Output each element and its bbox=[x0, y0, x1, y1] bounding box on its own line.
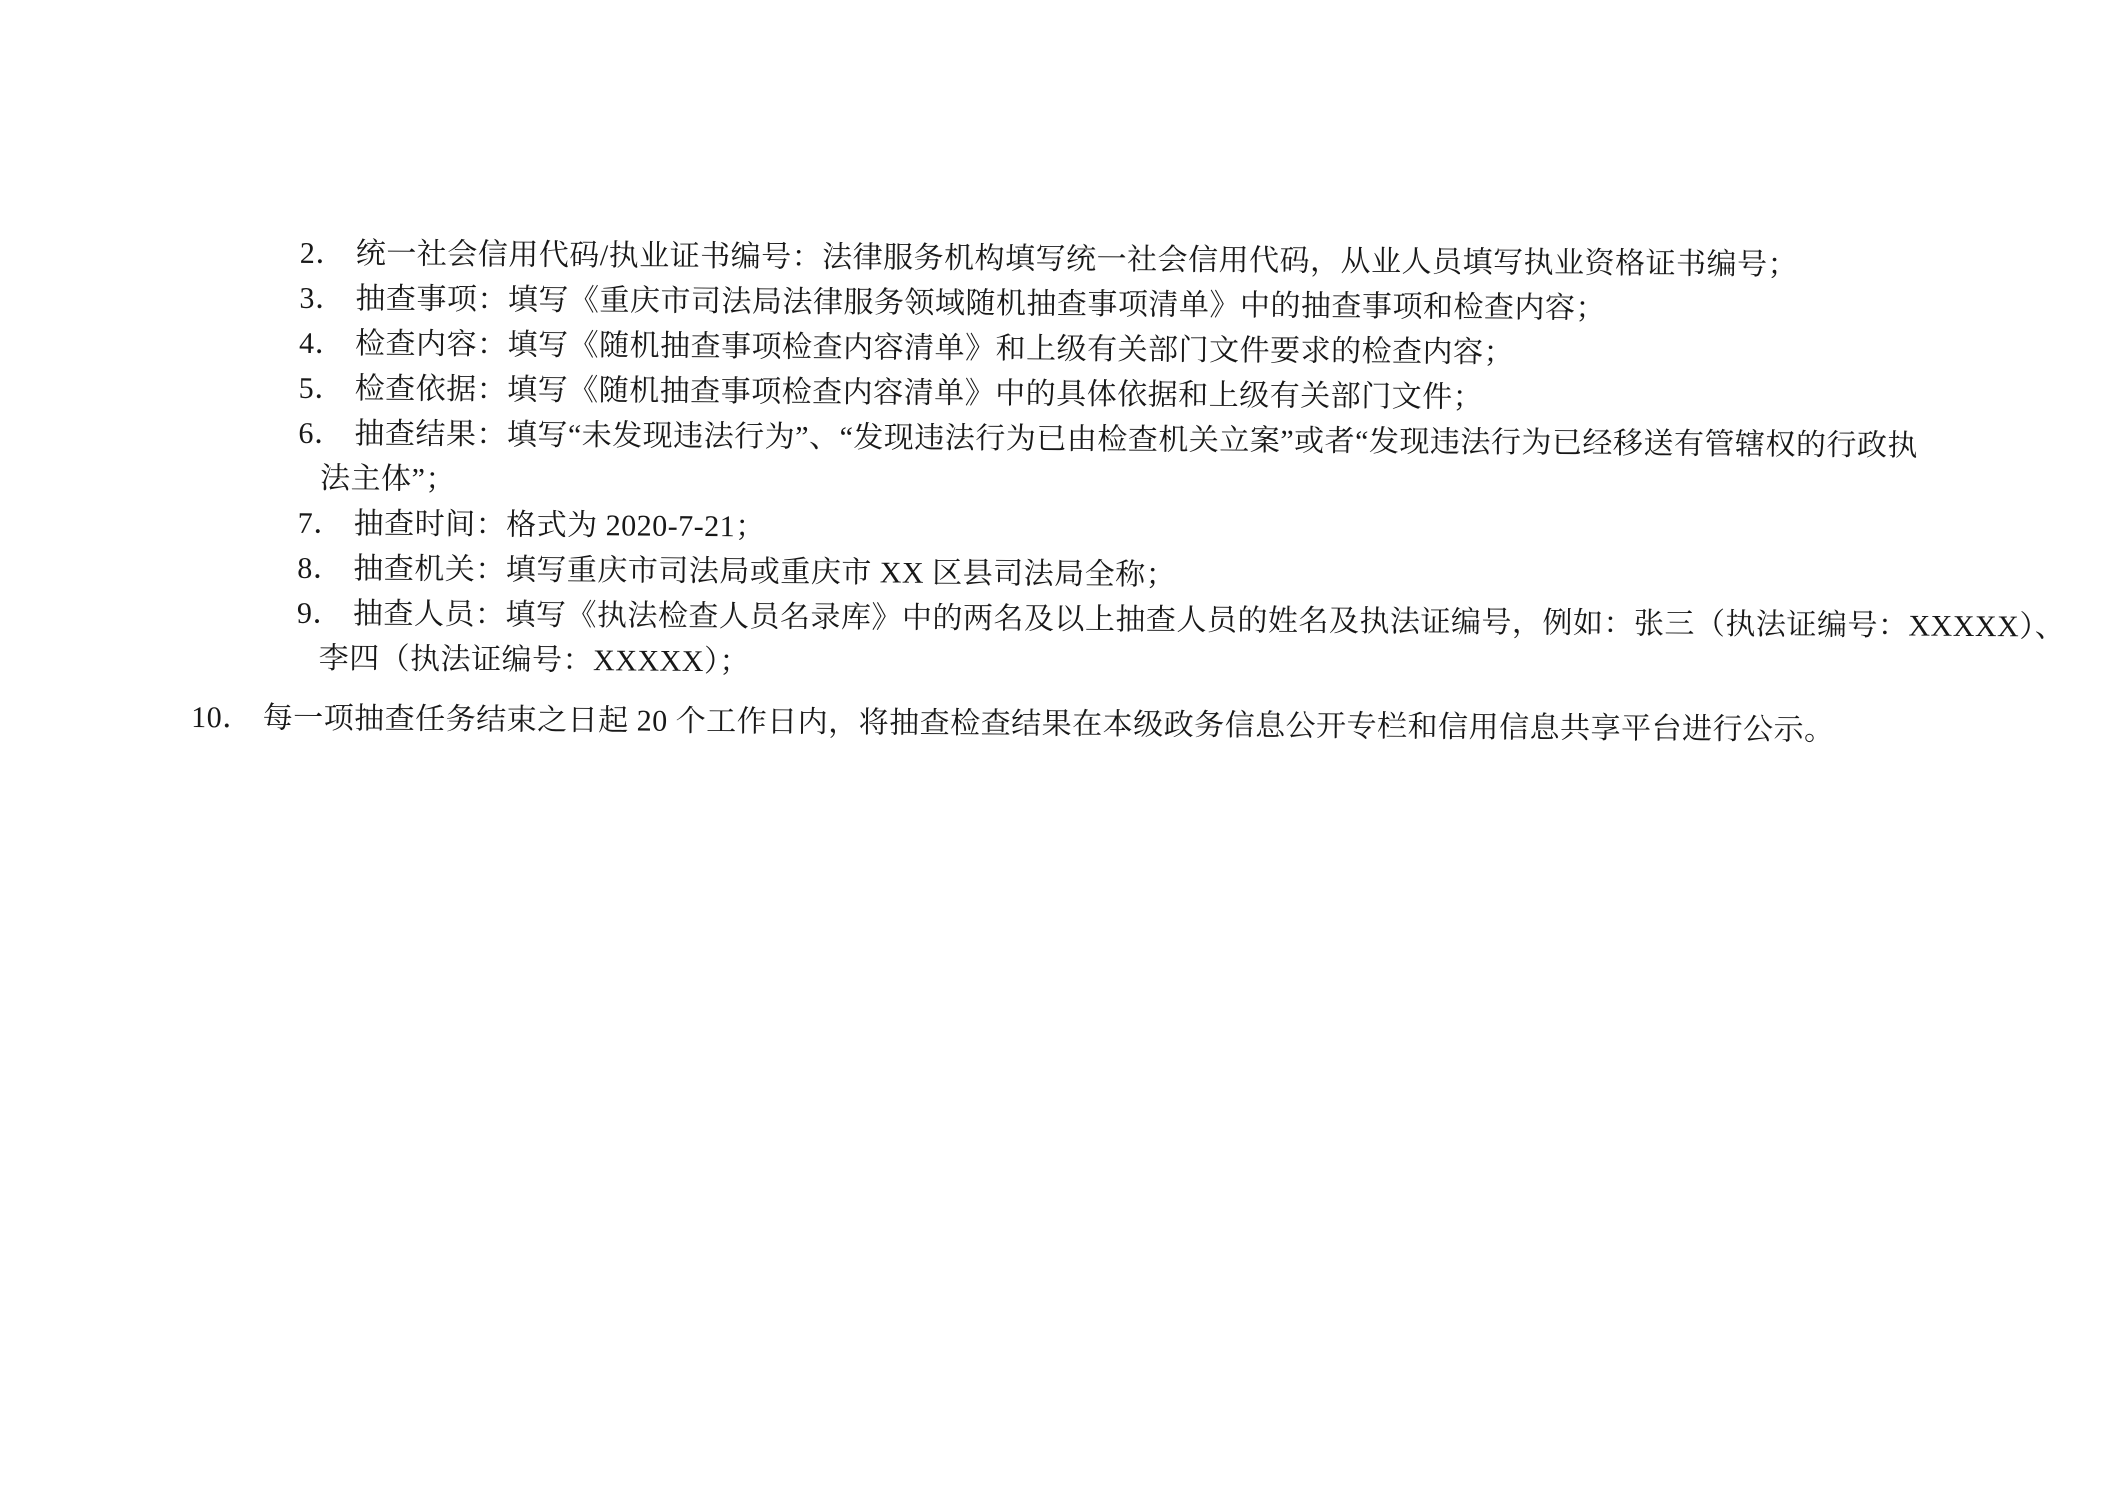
notes-list: 2．统一社会信用代码/执业证书编号：法律服务机构填写统一社会信用代码，从业人员填… bbox=[191, 230, 2065, 755]
item-number: 5． bbox=[299, 366, 345, 411]
item-text: 检查内容：填写《随机抽查事项检查内容清单》和上级有关部门文件要求的检查内容； bbox=[355, 327, 1514, 369]
item-number: 7． bbox=[298, 501, 344, 546]
item-text: 抽查事项：填写《重庆市司法局法律服务领域随机抽查事项清单》中的抽查事项和检查内容… bbox=[355, 282, 1606, 325]
item-number: 10． bbox=[191, 695, 253, 740]
item-text: 李四（执法证编号：XXXXX）； bbox=[319, 642, 751, 678]
document-page: 2．统一社会信用代码/执业证书编号：法律服务机构填写统一社会信用代码，从业人员填… bbox=[0, 0, 2105, 1487]
list-item-10: 10．每一项抽查任务结束之日起 20 个工作日内，将抽查检查结果在本级政务信息公… bbox=[191, 695, 2061, 755]
item-text: 抽查时间：格式为 2020-7-21； bbox=[354, 507, 766, 543]
item-number: 6． bbox=[298, 411, 344, 456]
item-text: 抽查结果：填写“未发现违法行为”、“发现违法行为已由检查机关立案”或者“发现违法… bbox=[354, 417, 1918, 462]
item-text: 每一项抽查任务结束之日起 20 个工作日内，将抽查检查结果在本级政务信息公开专栏… bbox=[263, 702, 1835, 747]
item-text: 统一社会信用代码/执业证书编号：法律服务机构填写统一社会信用代码，从业人员填写执… bbox=[356, 237, 1799, 281]
item-number: 8． bbox=[297, 546, 343, 591]
item-text: 检查依据：填写《随机抽查事项检查内容清单》中的具体依据和上级有关部门文件； bbox=[355, 372, 1484, 414]
item-number: 9． bbox=[297, 591, 343, 636]
item-text: 抽查机关：填写重庆市司法局或重庆市 XX 区县司法局全称； bbox=[353, 552, 1176, 591]
item-text: 抽查人员：填写《执法检查人员名录库》中的两名及以上抽查人员的姓名及执法证编号，例… bbox=[353, 597, 2066, 643]
item-number: 4． bbox=[299, 321, 345, 366]
item-text: 法主体”； bbox=[320, 462, 456, 496]
item-number: 3． bbox=[299, 276, 345, 321]
item-number: 2． bbox=[300, 231, 346, 276]
